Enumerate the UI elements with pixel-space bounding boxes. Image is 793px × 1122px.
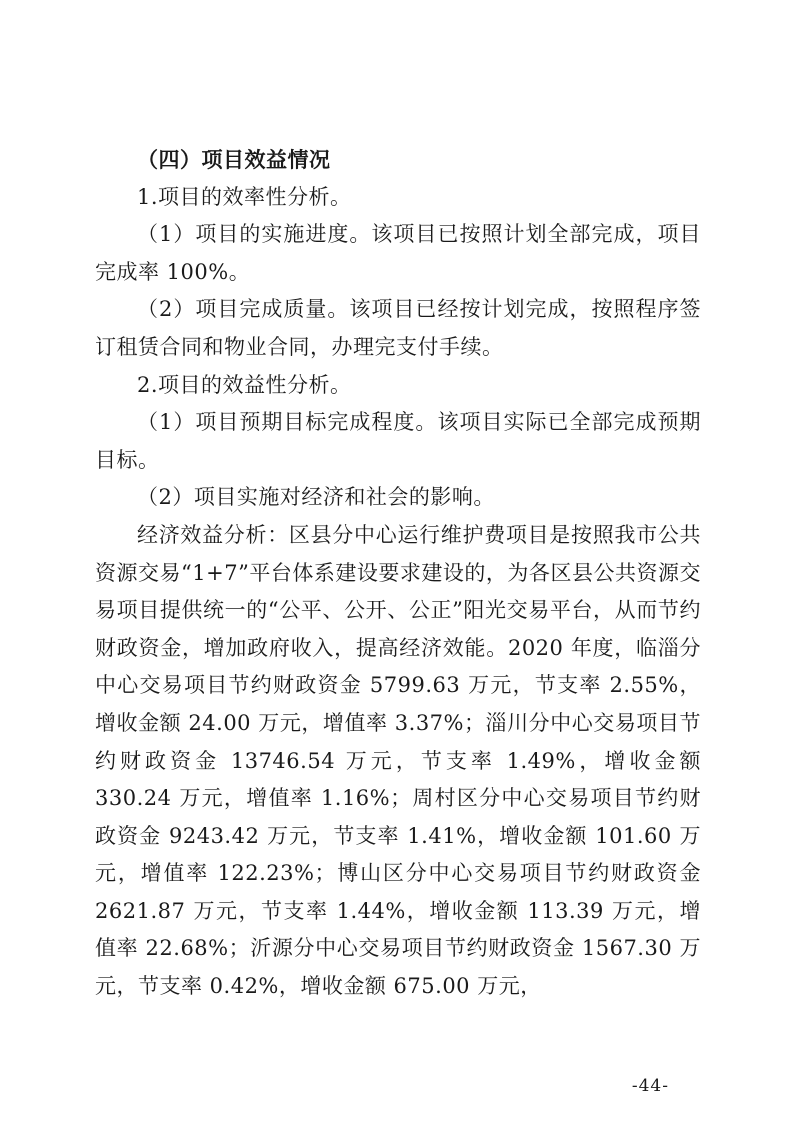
section-heading: （四）项目效益情况 [95, 141, 701, 179]
paragraph: 2.项目的效益性分析。 [95, 367, 701, 405]
document-page: （四）项目效益情况1.项目的效率性分析。（1）项目的实施进度。该项目已按照计划全… [0, 0, 793, 1122]
paragraph: （2）项目完成质量。该项目已经按计划完成，按照程序签订租赁合同和物业合同，办理完… [95, 291, 701, 366]
paragraph: （1）项目的实施进度。该项目已按照计划全部完成，项目完成率 100%。 [95, 216, 701, 291]
paragraph: 1.项目的效率性分析。 [95, 179, 701, 217]
document-body: （四）项目效益情况1.项目的效率性分析。（1）项目的实施进度。该项目已按照计划全… [95, 141, 701, 1006]
paragraph: 经济效益分析：区县分中心运行维护费项目是按照我市公共资源交易“1+7”平台体系建… [95, 517, 701, 1006]
paragraph: （2）项目实施对经济和社会的影响。 [95, 479, 701, 517]
page-number: -44- [632, 1076, 669, 1096]
paragraph: （1）项目预期目标完成程度。该项目实际已全部完成预期目标。 [95, 404, 701, 479]
